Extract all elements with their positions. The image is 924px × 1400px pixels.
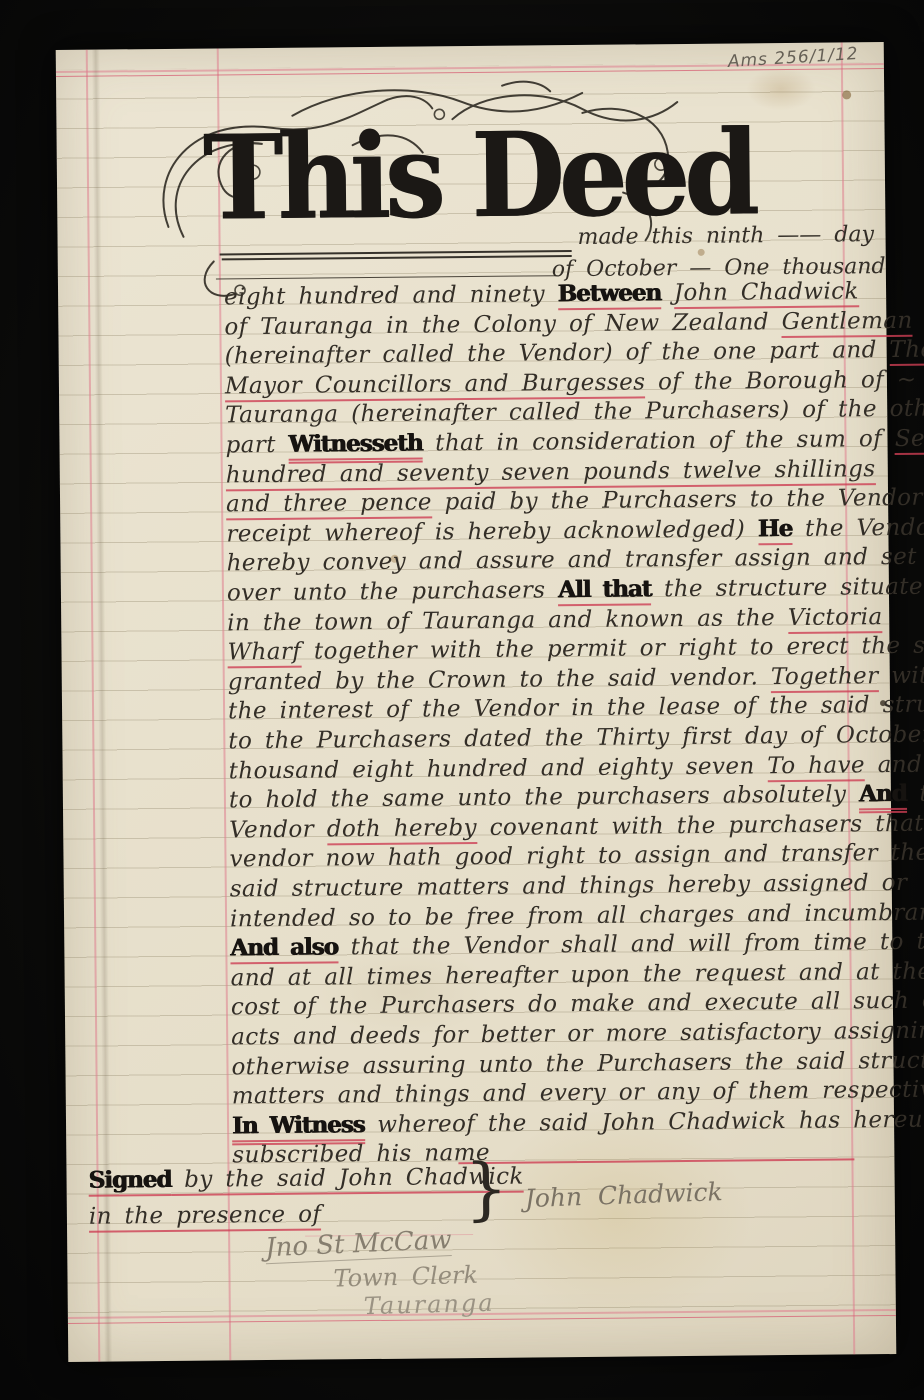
left-outer-margin-line <box>86 50 100 1362</box>
paper-spot <box>698 249 705 256</box>
deed-line: to the Purchasers dated the Thirty first… <box>228 721 924 754</box>
deed-line: in the town of Tauranga and known as the… <box>227 604 883 636</box>
deed-line: Wharf together with the permit or right … <box>227 632 924 665</box>
deed-line: Vendor doth hereby covenant with the pur… <box>229 810 924 843</box>
deed-line: eight hundred and ninety Between John Ch… <box>224 278 859 310</box>
deed-line: in the presence of <box>89 1202 322 1230</box>
witness-place: Tauranga <box>363 1289 495 1321</box>
deed-line: said structure matters and things hereby… <box>230 870 908 903</box>
deed-line: the interest of the Vendor in the lease … <box>228 691 924 724</box>
deed-line: matters and things and every or any of t… <box>232 1076 924 1109</box>
deed-line: over unto the purchasers All that the st… <box>227 574 923 607</box>
photograph-of-deed: { "archive_note": "Ams 256/1/12", "title… <box>0 0 924 1400</box>
vendor-signature: John Chadwick <box>524 1177 723 1213</box>
deed-line: (hereinafter called the Vendor) of the o… <box>225 337 924 370</box>
attestation-brace: } <box>464 1150 508 1229</box>
deed-line: granted by the Crown to the said vendor.… <box>228 662 924 695</box>
deed-line: of Tauranga in the Colony of New Zealand… <box>224 307 912 340</box>
witness-title: Town Clerk <box>333 1261 478 1293</box>
opening-line-1: made this ninth —— day <box>577 222 874 250</box>
deed-line: hundred and seventy seven pounds twelve … <box>226 456 876 488</box>
deed-document: Ams 256/1/12 This Deed made this ninth —… <box>56 42 897 1362</box>
paper-spot <box>842 90 851 99</box>
deed-line: hereby convey and assure and transfer as… <box>227 544 917 577</box>
deed-line: thousand eight hundred and eighty seven … <box>229 751 923 784</box>
deed-line: Mayor Councillors and Burgesses of the B… <box>225 367 917 400</box>
archive-reference-note: Ams 256/1/12 <box>727 44 859 72</box>
deed-line: In Witness whereof the said John Chadwic… <box>232 1106 924 1139</box>
attestation-block: Signed by the said John Chadwickin the p… <box>56 42 884 50</box>
deed-line: otherwise assuring unto the Purchasers t… <box>231 1047 924 1080</box>
deed-line: acts and deeds for better or more satisf… <box>231 1017 924 1050</box>
deed-line: part Witnesseth that in consideration of… <box>225 425 924 458</box>
fold-crease <box>92 50 113 1362</box>
deed-line: to hold the same unto the purchasers abs… <box>229 781 924 814</box>
deed-line: and at all times hereafter upon the requ… <box>231 958 924 991</box>
deed-line: intended so to be free from all charges … <box>230 899 924 932</box>
witness-signature: Jno St McCaw <box>265 1225 453 1264</box>
paper-stain <box>476 1103 758 1326</box>
deed-body: eight hundred and ninety Between John Ch… <box>56 42 884 50</box>
paper-stain <box>746 67 816 112</box>
deed-line: And also that the Vendor shall and will … <box>230 928 924 961</box>
deed-line: Signed by the said John Chadwick <box>88 1164 523 1194</box>
deed-line: cost of the Purchasers do make and execu… <box>231 988 924 1021</box>
